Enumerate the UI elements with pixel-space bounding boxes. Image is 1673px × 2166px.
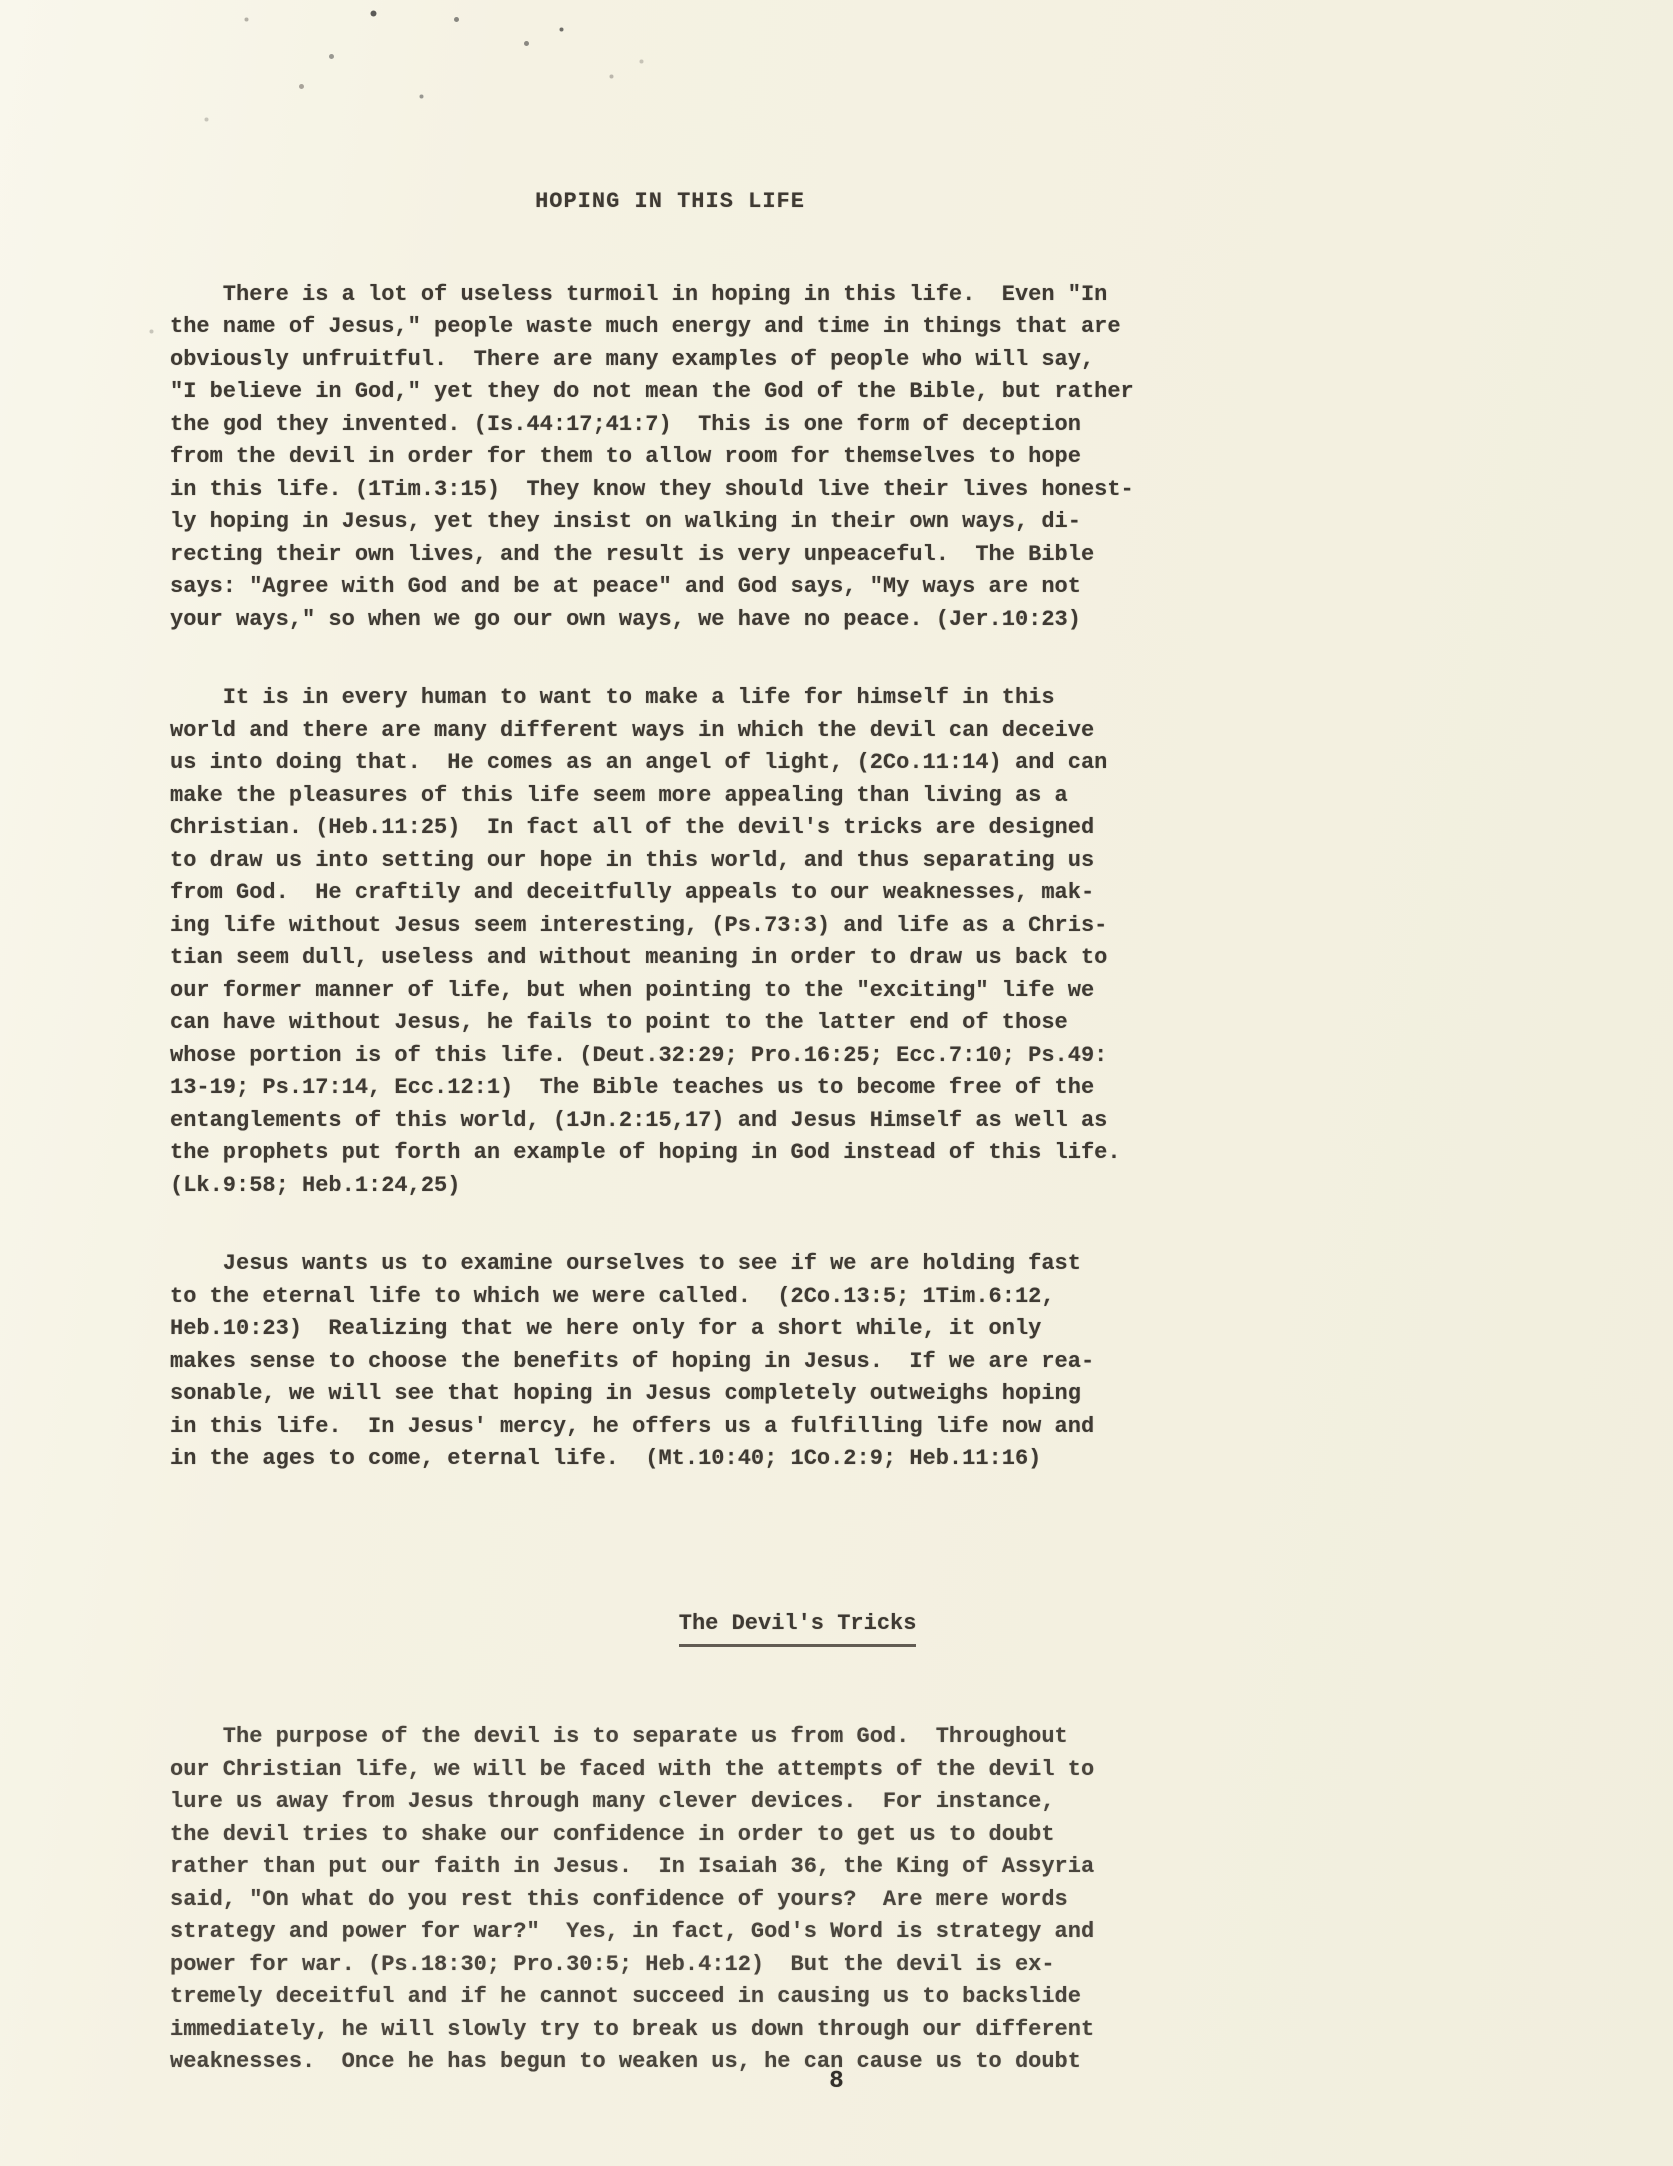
paragraph-examine-ourselves: Jesus wants us to examine ourselves to s… — [170, 1248, 1170, 1476]
text-block: HOPING IN THIS LIFE There is a lot of us… — [170, 186, 1170, 2079]
scanned-document-page: HOPING IN THIS LIFE There is a lot of us… — [0, 0, 1673, 2166]
section-heading: The Devil's Tricks — [258, 1576, 1258, 1680]
section-heading-text: The Devil's Tricks — [679, 1608, 917, 1647]
paragraph-useless-turmoil: There is a lot of useless turmoil in hop… — [170, 279, 1170, 637]
page-title: HOPING IN THIS LIFE — [170, 186, 1170, 219]
paragraph-devils-purpose: The purpose of the devil is to separate … — [170, 1721, 1170, 2079]
scan-speckles — [0, 0, 3, 3]
page-number: 8 — [0, 2066, 1673, 2099]
paragraph-every-human: It is in every human to want to make a l… — [170, 682, 1170, 1202]
